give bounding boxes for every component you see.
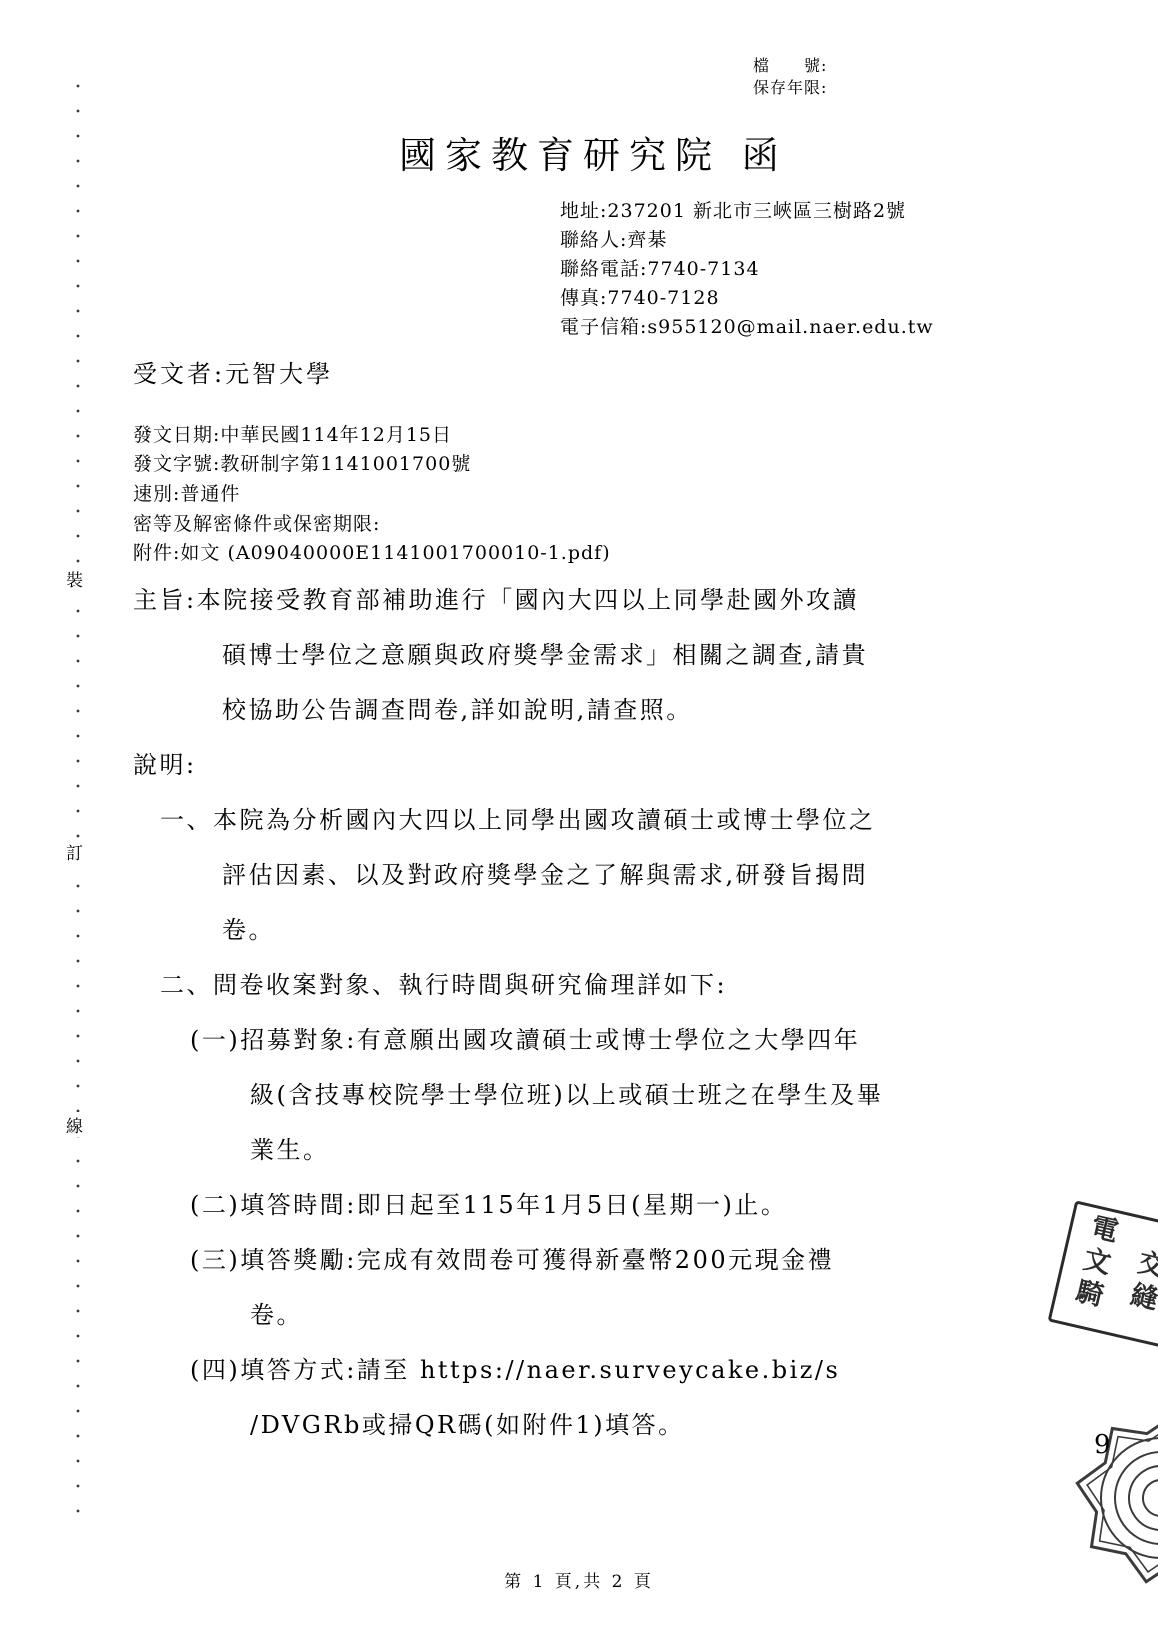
electronic-exchange-seam-stamp: 電文騎 交縫 [1048,1200,1158,1347]
item2-heading: 二、問卷收案對象、執行時間與研究倫理詳如下: [160,971,727,1000]
margin-mark-staple: 訂 [66,839,83,864]
issue-date-line: 發文日期:中華民國114年12月15日 [133,424,452,447]
contact-phone: 聯絡電話:7740-7134 [560,258,760,281]
contact-fax: 傳真:7740-7128 [560,287,720,310]
retention-years-label: 保存年限: [753,78,827,97]
explanation-heading: 說明: [133,751,197,780]
flower-seal-stamp [1066,1398,1158,1598]
file-number-label: 檔 號: [753,56,827,75]
recipient-line: 受文者:元智大學 [133,360,333,389]
item2-sub1-line-2: 級(含技專校院學士學位班)以上或碩士班之在學生及畢 [250,1081,883,1110]
page-sequence-digit: 9 [1094,1430,1111,1460]
margin-mark-line: 線 [66,1112,83,1137]
margin-mark-bind: 裝 [66,566,83,591]
item2-sub4-line-1: (四)填答方式:請至 https://naer.surveycake.biz/s [190,1356,840,1385]
subject-line-2: 碩博士學位之意願與政府獎學金需求」相關之調查,請貴 [222,641,868,670]
item1-line-3: 卷。 [222,916,275,945]
item1-line-1: 一、本院為分析國內大四以上同學出國攻讀碩士或博士學位之 [160,806,876,835]
attachment-line: 附件:如文 (A09040000E1141001700010-1.pdf) [133,542,611,565]
contact-email: 電子信箱:s955120@mail.naer.edu.tw [560,316,934,339]
document-title: 國家教育研究院 函 [399,134,788,178]
item1-line-2: 評估因素、以及對政府獎學金之了解與需求,研發旨揭問 [222,861,868,890]
item2-sub3-line-2: 卷。 [250,1301,303,1330]
item2-sub1-line-1: (一)招募對象:有意願出國攻讀碩士或博士學位之大學四年 [190,1026,860,1055]
document-page: 裝 訂 線 檔 號: 保存年限: 國家教育研究院 函 地址:237201 新北市… [0,0,1158,1649]
security-class-line: 密等及解密條件或保密期限: [133,513,380,536]
subject-line-1: 主旨:本院接受教育部補助進行「國內大四以上同學赴國外攻讀 [133,586,859,615]
stamp-left-column: 電文騎 [1067,1211,1118,1324]
speed-class-line: 速別:普通件 [133,483,240,506]
contact-person: 聯絡人:齊棊 [560,229,667,252]
item2-sub4-line-2: /DVGRb或掃QR碼(如附件1)填答。 [250,1411,685,1440]
page-footer: 第 1 頁,共 2 頁 [0,1572,1158,1592]
item2-sub3-line-1: (三)填答獎勵:完成有效問卷可獲得新臺幣200元現金禮 [190,1246,834,1275]
item2-sub2-line: (二)填答時間:即日起至115年1月5日(星期一)止。 [190,1191,787,1220]
binding-dotted-line [76,84,80,1520]
sender-address: 地址:237201 新北市三峽區三樹路2號 [560,200,906,223]
item2-sub1-line-3: 業生。 [250,1136,330,1165]
stamp-right-column: 交縫 [1120,1223,1158,1336]
subject-line-3: 校協助公告調查問卷,詳如說明,請查照。 [222,696,693,725]
doc-number-line: 發文字號:教研制字第1141001700號 [133,453,471,476]
